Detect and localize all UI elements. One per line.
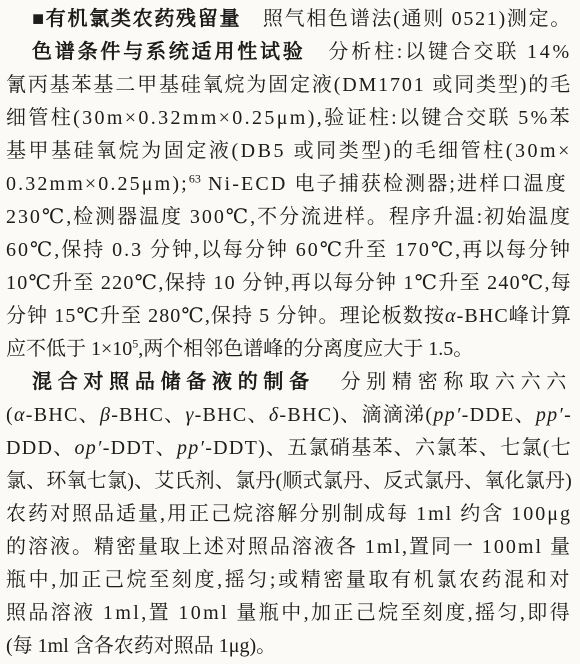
text-segment: DDD、 [6, 437, 74, 459]
text-line-content: 细管柱(30m×0.32mm×0.25μm),验证柱:以键合交联 5%苯 [6, 107, 572, 129]
text-segment: 的溶液。精密量取上述对照品溶液各 1ml,置同一 100ml 量 [6, 536, 572, 558]
text-line-content: 0.32mm×0.25μm);63 Ni-ECD 电子捕获检测器;进样口温度 [6, 173, 568, 195]
text-segment: α [445, 305, 457, 327]
text-segment: α [14, 404, 26, 426]
document-page: ■有机氯类农药残留量 照气相色谱法(通则 0521)测定。色谱条件与系统适用性试… [0, 0, 580, 664]
text-segment: 农药对照品适量,用正己烷溶解分别制成每 1ml 约含 100μg [6, 503, 572, 525]
text-segment: (每 1ml 含各农药对照品 1μg)。 [6, 635, 276, 657]
text-line: 色谱条件与系统适用性试验 分析柱:以键合交联 14% [6, 36, 572, 69]
text-line-content: (每 1ml 含各农药对照品 1μg)。 [6, 635, 276, 657]
heading-text: 有机氯类农药残留量 [46, 8, 241, 30]
body-text: ■有机氯类农药残留量 照气相色谱法(通则 0521)测定。色谱条件与系统适用性试… [6, 3, 572, 664]
text-line: (每 1ml 含各农药对照品 1μg)。 [6, 630, 572, 663]
text-segment: δ [269, 404, 280, 426]
text-line-content: 混合对照品储备液的制备 分别精密称取六六六 [32, 371, 572, 393]
text-line: 基甲基硅氧烷为固定液(DB5 或同类型)的毛细管柱(30m× [6, 135, 572, 168]
text-segment: -DDE、 [462, 404, 536, 426]
text-line: 0.32mm×0.25μm);63 Ni-ECD 电子捕获检测器;进样口温度 [6, 168, 572, 201]
text-line: 照品溶液 1ml,置 10ml 量瓶中,加正己烷至刻度,摇匀,即得 [6, 597, 572, 630]
text-line-content: 230℃,检测器温度 300℃,不分流进样。程序升温:初始温度 [6, 206, 572, 228]
text-line: 10℃升至 220℃,保持 10 分钟,再以每分钟 1℃升至 240℃,每 [6, 267, 572, 300]
text-line-content: 瓶中,加正己烷至刻度,摇匀;或精密量取有机氯农药混和对 [6, 569, 572, 591]
text-segment: 10℃升至 220℃,保持 10 分钟,再以每分钟 1℃升至 240℃,每 [6, 272, 572, 294]
text-line: (α-BHC、β-BHC、γ-BHC、δ-BHC)、滴滴涕(pp′-DDE、pp… [6, 399, 572, 432]
text-segment: ,两个相邻色谱峰的分离度应大于 1.5。 [138, 338, 473, 360]
text-segment: 应不低于 1×10 [6, 338, 132, 360]
text-line-content: 分钟 15℃升至 280℃,保持 5 分钟。理论板数按α-BHC峰计算 [6, 305, 572, 327]
text-segment: 基甲基硅氧烷为固定液(DB5 或同类型)的毛细管柱(30m× [6, 140, 572, 162]
text-line-content: 农药对照品适量,用正己烷溶解分别制成每 1ml 约含 100μg [6, 503, 572, 525]
text-line-content: 应不低于 1×105,两个相邻色谱峰的分离度应大于 1.5。 [6, 338, 473, 360]
text-segment: 分钟 15℃升至 280℃,保持 5 分钟。理论板数按 [6, 305, 445, 327]
text-line-content: 氰丙基苯基二甲基硅氧烷为固定液(DM1701 或同类型)的毛 [6, 74, 572, 96]
text-line: 230℃,检测器温度 300℃,不分流进样。程序升温:初始温度 [6, 201, 572, 234]
text-segment: 63 [189, 171, 201, 185]
text-segment: 230℃,检测器温度 300℃,不分流进样。程序升温:初始温度 [6, 206, 572, 228]
text-segment: 60℃,保持 0.3 分钟,以每分钟 60℃升至 170℃,再以每分钟 [6, 239, 572, 261]
text-line-content: 60℃,保持 0.3 分钟,以每分钟 60℃升至 170℃,再以每分钟 [6, 239, 572, 261]
text-line: ■有机氯类农药残留量 照气相色谱法(通则 0521)测定。 [6, 3, 572, 36]
text-segment: -DDT、 [103, 437, 177, 459]
text-segment: op′ [74, 437, 102, 459]
text-line-content: 照品溶液 1ml,置 10ml 量瓶中,加正己烷至刻度,摇匀,即得 [6, 602, 572, 624]
text-segment: 照气相色谱法(通则 0521)测定。 [241, 8, 572, 30]
text-segment: 氰丙基苯基二甲基硅氧烷为固定液(DM1701 或同类型)的毛 [6, 74, 572, 96]
text-segment: -DDT)、五氯硝基苯、六氯苯、七氯(七 [205, 437, 572, 459]
text-segment: 瓶中,加正己烷至刻度,摇匀;或精密量取有机氯农药混和对 [6, 569, 572, 591]
text-line: 应不低于 1×105,两个相邻色谱峰的分离度应大于 1.5。 [6, 333, 572, 366]
text-line-content: DDD、op′-DDT、pp′-DDT)、五氯硝基苯、六氯苯、七氯(七 [6, 437, 572, 459]
text-segment: pp′ [177, 437, 205, 459]
text-segment: 细管柱(30m×0.32mm×0.25μm),验证柱:以键合交联 5%苯 [6, 107, 572, 129]
text-line: 混合对照品储备液的制备 分别精密称取六六六 [6, 366, 572, 399]
text-segment: -BHC、 [111, 404, 185, 426]
text-line: 农药对照品适量,用正己烷溶解分别制成每 1ml 约含 100μg [6, 498, 572, 531]
heading-text: 混合对照品储备液的制备 [32, 371, 315, 393]
text-segment: -BHC、 [26, 404, 100, 426]
text-segment: γ [185, 404, 194, 426]
text-segment: 氯、环氧七氯)、艾氏剂、氯丹(顺式氯丹、反式氯丹、氧化氯丹) [6, 470, 572, 492]
text-segment: Ni-ECD 电子捕获检测器;进样口温度 [201, 173, 568, 195]
text-line: DDD、op′-DDT、pp′-DDT)、五氯硝基苯、六氯苯、七氯(七 [6, 432, 572, 465]
text-segment: ( [6, 404, 14, 426]
text-segment: 分别精密称取六六六 [315, 371, 572, 393]
text-line: 细管柱(30m×0.32mm×0.25μm),验证柱:以键合交联 5%苯 [6, 102, 572, 135]
text-segment: β [100, 404, 111, 426]
heading-text: 色谱条件与系统适用性试验 [32, 41, 306, 63]
text-segment: 分析柱:以键合交联 14% [306, 41, 572, 63]
text-segment: 照品溶液 1ml,置 10ml 量瓶中,加正己烷至刻度,摇匀,即得 [6, 602, 572, 624]
text-segment: pp′ [433, 404, 461, 426]
text-line: 氰丙基苯基二甲基硅氧烷为固定液(DM1701 或同类型)的毛 [6, 69, 572, 102]
text-line: 分钟 15℃升至 280℃,保持 5 分钟。理论板数按α-BHC峰计算 [6, 300, 572, 333]
heading-text: ■ [32, 8, 46, 30]
text-segment: 0.32mm×0.25μm); [6, 173, 189, 195]
text-line: 的溶液。精密量取上述对照品溶液各 1ml,置同一 100ml 量 [6, 531, 572, 564]
text-line-content: 氯、环氧七氯)、艾氏剂、氯丹(顺式氯丹、反式氯丹、氧化氯丹) [6, 470, 572, 492]
text-line: 60℃,保持 0.3 分钟,以每分钟 60℃升至 170℃,再以每分钟 [6, 234, 572, 267]
text-line-content: 色谱条件与系统适用性试验 分析柱:以键合交联 14% [32, 41, 572, 63]
text-line: 氯、环氧七氯)、艾氏剂、氯丹(顺式氯丹、反式氯丹、氧化氯丹) [6, 465, 572, 498]
text-line-content: 10℃升至 220℃,保持 10 分钟,再以每分钟 1℃升至 240℃,每 [6, 272, 572, 294]
text-line-content: (α-BHC、β-BHC、γ-BHC、δ-BHC)、滴滴涕(pp′-DDE、pp… [6, 404, 572, 426]
text-segment: -BHC峰计算 [457, 305, 572, 327]
text-line-content: ■有机氯类农药残留量 照气相色谱法(通则 0521)测定。 [32, 8, 572, 30]
text-line-content: 的溶液。精密量取上述对照品溶液各 1ml,置同一 100ml 量 [6, 536, 572, 558]
text-segment: pp′ [536, 404, 564, 426]
text-segment: -BHC、 [195, 404, 269, 426]
text-segment: -BHC)、滴滴涕( [279, 404, 433, 426]
text-line: 瓶中,加正己烷至刻度,摇匀;或精密量取有机氯农药混和对 [6, 564, 572, 597]
text-segment: - [564, 404, 572, 426]
text-line-content: 基甲基硅氧烷为固定液(DB5 或同类型)的毛细管柱(30m× [6, 140, 572, 162]
